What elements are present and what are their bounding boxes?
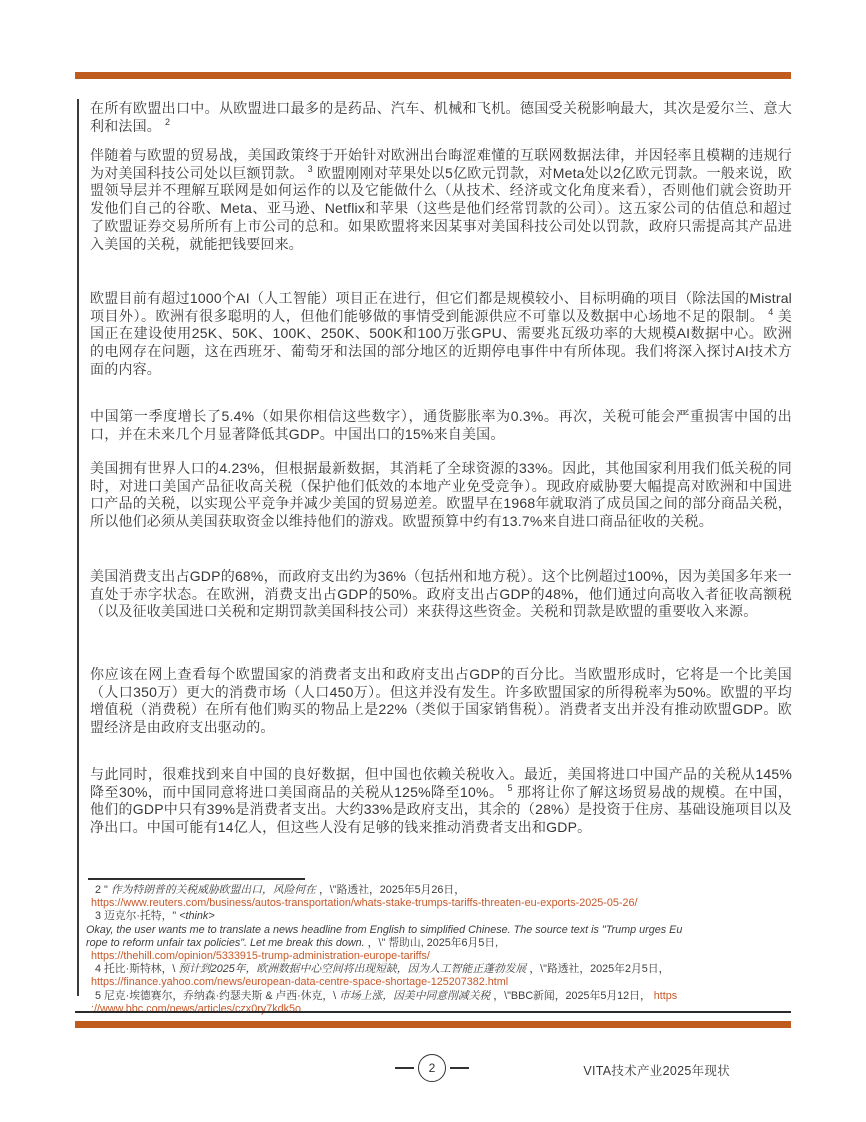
footnote-text: 2 " bbox=[95, 884, 111, 896]
paragraph: 欧盟目前有超过1000个AI（人工智能）项目正在进行，但它们都是规模较小、目标明… bbox=[90, 290, 792, 379]
footnote-line: 3 迈克尔·托特，" <think> bbox=[86, 910, 792, 923]
paragraph: 与此同时，很难找到来自中国的良好数据，但中国也依赖关税收入。最近，美国将进口中国… bbox=[90, 766, 792, 837]
footnote-text: Okay, the user wants me to translate a n… bbox=[86, 924, 682, 936]
footnote-text: rope to reform unfair tax policies". Let… bbox=[86, 937, 365, 949]
footnote-text: 作为特朗普的关税威胁欧盟出口，风险何在 bbox=[111, 884, 316, 896]
bottom-border-rule bbox=[75, 1011, 791, 1013]
footnote-link[interactable]: https://thehill.com/opinion/5333915-trum… bbox=[91, 950, 430, 962]
footer-document-title: VITA技术产业2025年现状 bbox=[583, 1061, 730, 1079]
page-number-dash-right bbox=[450, 1067, 469, 1069]
footnote-link[interactable]: ://www.bbc.com/news/articles/czx0ry7kdk5… bbox=[91, 1003, 301, 1015]
footnote-link[interactable]: https bbox=[654, 990, 677, 1002]
paragraph: 中国第一季度增长了5.4%（如果你相信这些数字），通货膨胀率为0.3%。再次，关… bbox=[90, 408, 792, 443]
paragraph: 美国拥有世界人口的4.23%，但根据最新数据，其消耗了全球资源的33%。因此，其… bbox=[90, 460, 792, 531]
footnote-text: 3 迈克尔·托特，" bbox=[95, 910, 179, 922]
left-border-rule bbox=[77, 99, 79, 996]
footnote-line: 4 托比·斯特林，\ 预计到2025年，欧洲数据中心空间将出现短缺，因为人工智能… bbox=[86, 963, 792, 976]
footnotes: 2 " 作为特朗普的关税威胁欧盟出口，风险何在 ，\"路透社，2025年5月26… bbox=[86, 884, 792, 1016]
footnote-link[interactable]: https://www.reuters.com/business/autos-t… bbox=[91, 897, 637, 909]
footnote-line: https://www.reuters.com/business/autos-t… bbox=[86, 897, 792, 910]
footnote-line: rope to reform unfair tax policies". Let… bbox=[86, 937, 792, 950]
footnote-text: ，\"路透社，2025年2月5日， bbox=[526, 963, 669, 975]
bottom-accent-bar bbox=[75, 1021, 791, 1028]
footnote-text: 5 尼克·埃德赛尔，乔纳森·约瑟夫斯 & 卢西·休克，\ bbox=[95, 990, 339, 1002]
paragraph: 美国消费支出占GDP的68%，而政府支出约为36%（包括州和地方税）。这个比例超… bbox=[90, 568, 792, 621]
footnote-line: Okay, the user wants me to translate a n… bbox=[86, 924, 792, 937]
footnote-line: https://finance.yahoo.com/news/european-… bbox=[86, 976, 792, 989]
footnote-line: 5 尼克·埃德赛尔，乔纳森·约瑟夫斯 & 卢西·休克，\ 市场上涨，因美中同意削… bbox=[86, 990, 792, 1003]
paragraph-text: 中国第一季度增长了5.4%（如果你相信这些数字），通货膨胀率为0.3%。再次，关… bbox=[90, 408, 792, 442]
footnote-separator bbox=[88, 878, 305, 880]
footnote-text: <think> bbox=[179, 910, 214, 922]
paragraph-text: 美国拥有世界人口的4.23%，但根据最新数据，其消耗了全球资源的33%。因此，其… bbox=[90, 460, 792, 529]
footnote-text: 预计到2025年，欧洲数据中心空间将出现短缺，因为人工智能正蓬勃发展 bbox=[178, 963, 526, 975]
footnote-text: ，\"BBC新闻，2025年5月12日， bbox=[490, 990, 653, 1002]
footnote-line: 2 " 作为特朗普的关税威胁欧盟出口，风险何在 ，\"路透社，2025年5月26… bbox=[86, 884, 792, 897]
footnote-ref: 2 bbox=[165, 117, 170, 127]
paragraph: 在所有欧盟出口中。从欧盟进口最多的是药品、汽车、机械和飞机。德国受关税影响最大，… bbox=[90, 100, 792, 135]
paragraph-text: 美国消费支出占GDP的68%，而政府支出约为36%（包括州和地方税）。这个比例超… bbox=[90, 568, 792, 619]
footnote-text: ，\"路透社，2025年5月26日， bbox=[316, 884, 465, 896]
footnote-text: ，\" 帮助山, 2025年6月5日, bbox=[365, 937, 498, 949]
paragraph: 伴随着与欧盟的贸易战，美国政策终于开始针对欧洲出台晦涩难懂的互联网数据法律，并因… bbox=[90, 147, 792, 253]
footnote-text: 4 托比·斯特林，\ bbox=[95, 963, 178, 975]
footnote-text: 市场上涨，因美中同意削减关税 bbox=[339, 990, 490, 1002]
page-number: 2 bbox=[418, 1054, 446, 1082]
footnote-line: ://www.bbc.com/news/articles/czx0ry7kdk5… bbox=[86, 1003, 792, 1016]
paragraph-text: 欧盟目前有超过1000个AI（人工智能）项目正在进行，但它们都是规模较小、目标明… bbox=[90, 290, 792, 324]
page-number-dash-left bbox=[395, 1067, 414, 1069]
paragraph-text: 在所有欧盟出口中。从欧盟进口最多的是药品、汽车、机械和飞机。德国受关税影响最大，… bbox=[90, 100, 792, 134]
footnote-line: https://thehill.com/opinion/5333915-trum… bbox=[86, 950, 792, 963]
paragraph: 你应该在网上查看每个欧盟国家的消费者支出和政府支出占GDP的百分比。当欧盟形成时… bbox=[90, 666, 792, 737]
page-number-indicator: 2 bbox=[395, 1054, 469, 1082]
document-page: 在所有欧盟出口中。从欧盟进口最多的是药品、汽车、机械和飞机。德国受关税影响最大，… bbox=[0, 0, 866, 1122]
paragraph-text: 你应该在网上查看每个欧盟国家的消费者支出和政府支出占GDP的百分比。当欧盟形成时… bbox=[90, 666, 792, 735]
top-accent-bar bbox=[75, 72, 791, 79]
footnote-link[interactable]: https://finance.yahoo.com/news/european-… bbox=[91, 976, 508, 988]
